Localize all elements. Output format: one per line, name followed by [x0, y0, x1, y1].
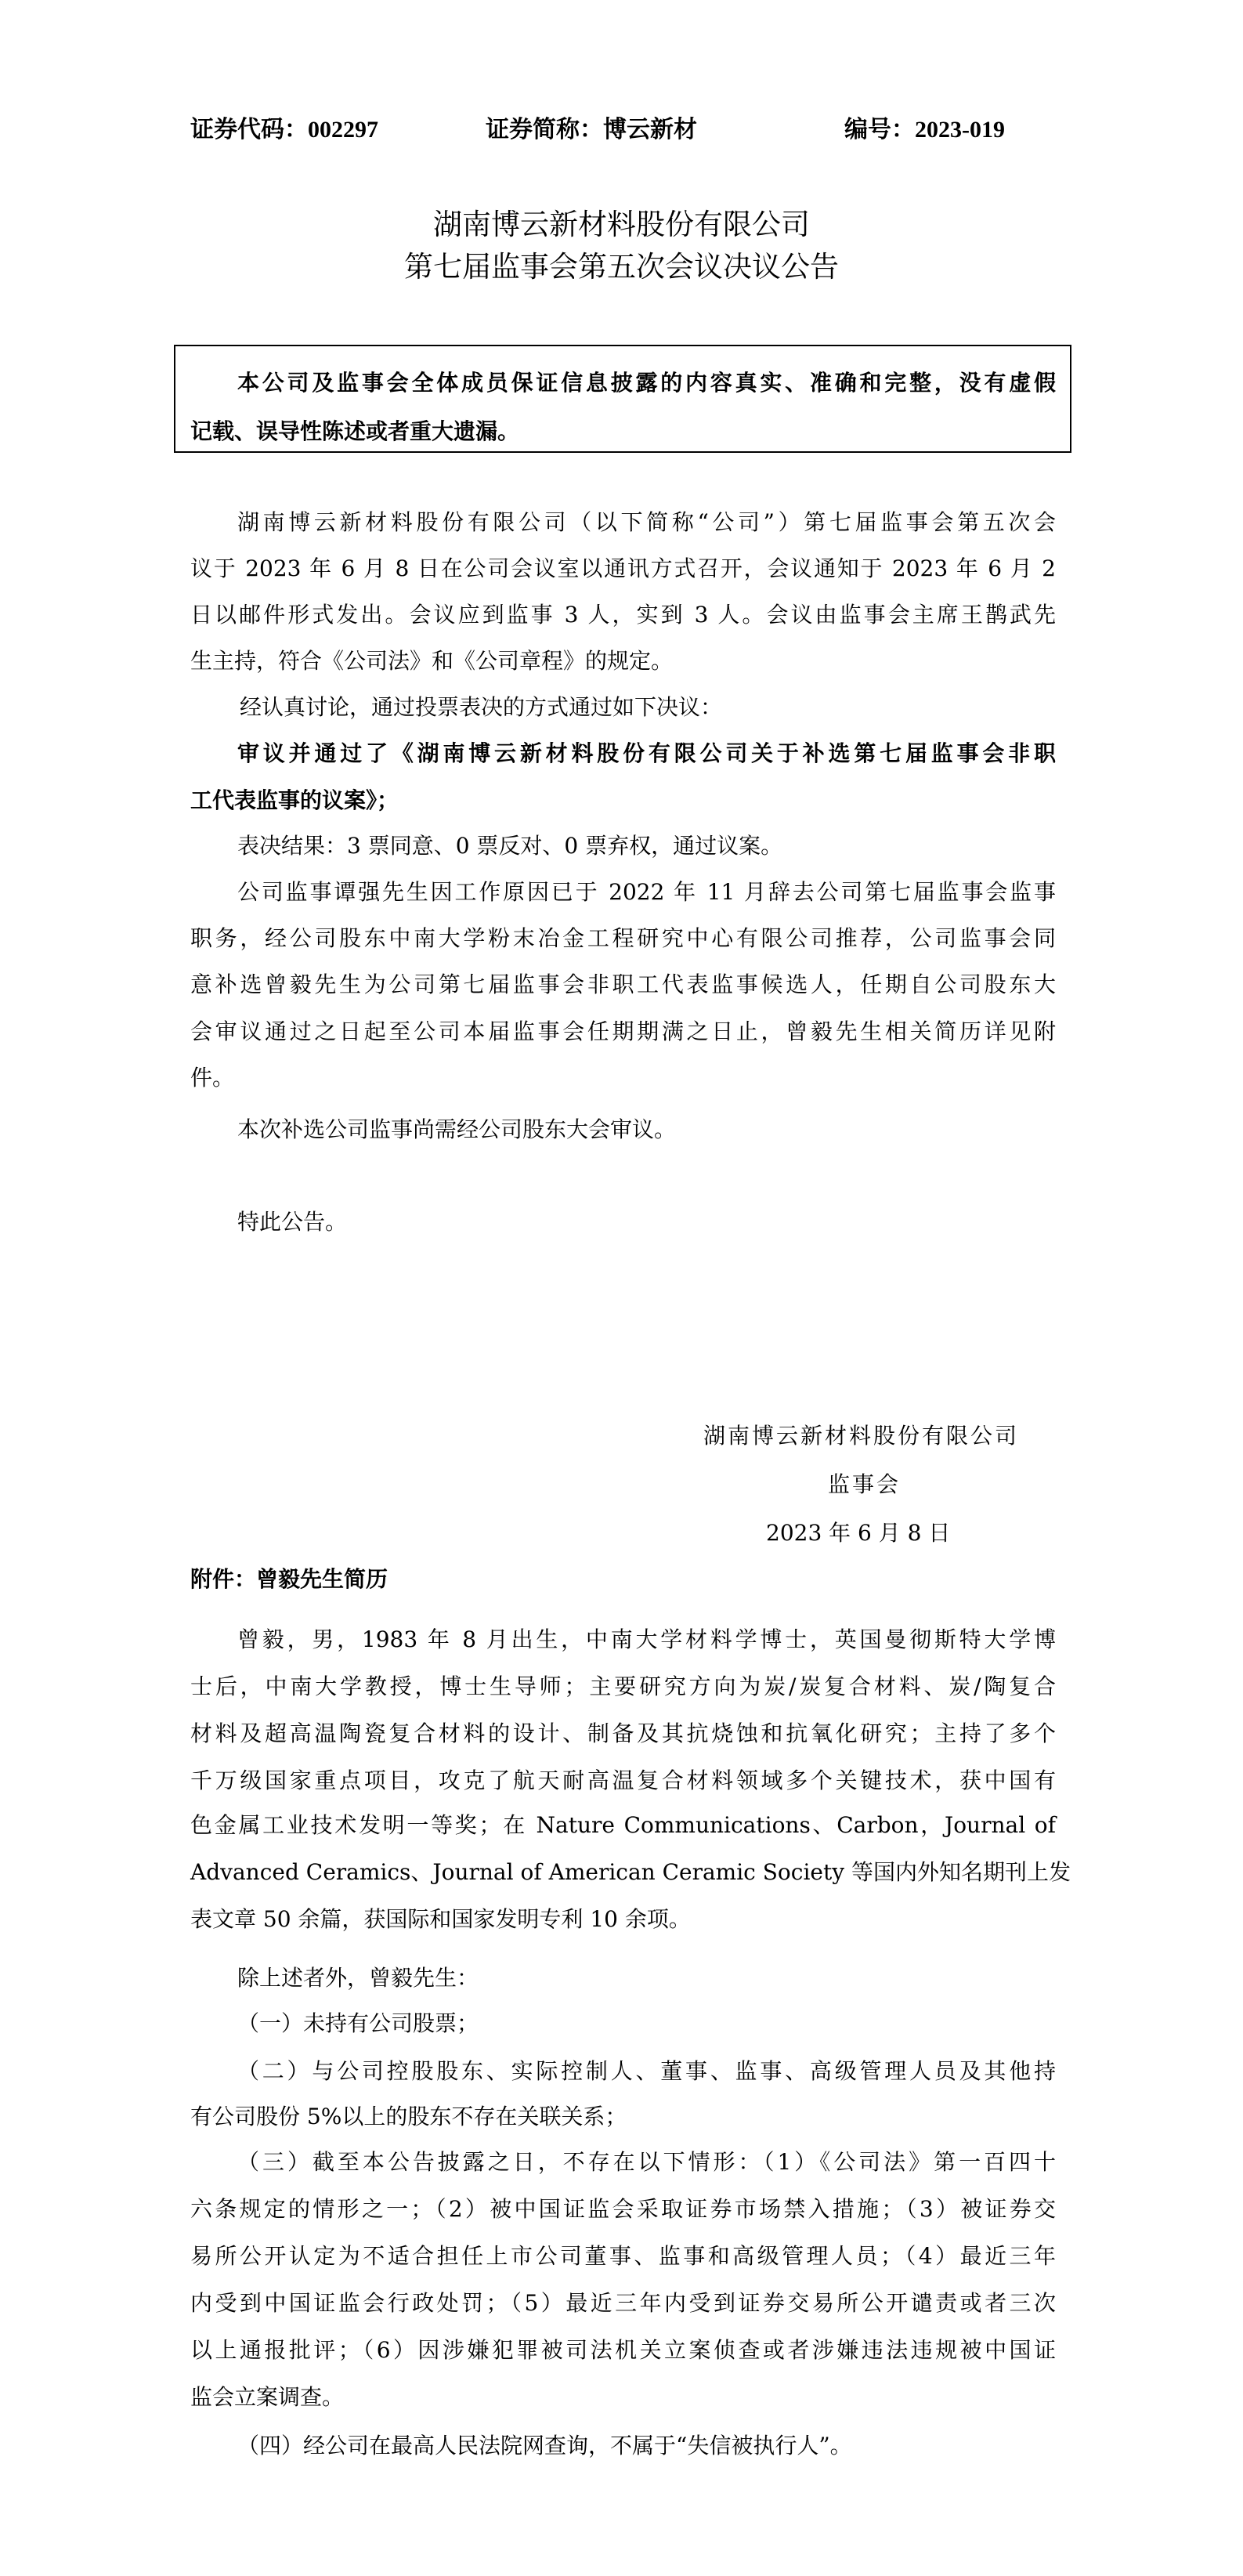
resolution-title-line-2: 工代表监事的议案》；	[190, 787, 399, 814]
signature-date: 2023 年 6 月 8 日	[766, 1520, 950, 1547]
item-3-line-5: 以上通报批评；（6）因涉嫌犯罪被司法机关立案侦查或者涉嫌违法违规被中国证	[190, 2337, 1056, 2364]
item-1: （一）未持有公司股票；	[237, 2010, 479, 2037]
resolution-title-line-1: 审议并通过了《湖南博云新材料股份有限公司关于补选第七届监事会非职	[237, 740, 1056, 767]
stock-code: 证券代码：002297	[190, 114, 378, 146]
stock-name-label: 证券简称：	[486, 116, 603, 143]
nomination-line-3: 意补选曾毅先生为公司第七届监事会非职工代表监事候选人，任期自公司股东大	[190, 971, 1056, 998]
nomination-line-4: 会审议通过之日起至公司本届监事会任期期满之日止，曾毅先生相关简历详见附	[190, 1018, 1056, 1045]
item-3-line-1: （三）截至本公告披露之日，不存在以下情形：（1）《公司法》第一百四十	[237, 2149, 1056, 2176]
stock-name: 证券简称：博云新材	[486, 114, 697, 146]
item-3-line-2: 六条规定的情形之一；（2）被中国证监会采取证券市场禁入措施；（3）被证券交	[190, 2196, 1056, 2223]
signature-board: 监事会	[828, 1471, 901, 1498]
resume-line-1: 曾毅，男，1983 年 8 月出生，中南大学材料学博士，英国曼彻斯特大学博	[237, 1626, 1056, 1653]
notice-line-1: 本公司及监事会全体成员保证信息披露的内容真实、准确和完整，没有虚假	[237, 370, 1056, 396]
meeting-paragraph-line-4: 生主持，符合《公司法》和《公司章程》的规定。	[190, 648, 673, 675]
item-4: （四）经公司在最高人民法院网查询，不属于“失信被执行人”。	[237, 2433, 852, 2459]
item-3-line-3: 易所公开认定为不适合担任上市公司董事、监事和高级管理人员；（4）最近三年	[190, 2243, 1056, 2270]
resume-line-3: 材料及超高温陶瓷复合材料的设计、制备及其抗烧蚀和抗氧化研究；主持了多个	[190, 1720, 1056, 1747]
discussion-line: 经认真讨论，通过投票表决的方式通过如下决议：	[240, 694, 722, 721]
resume-line-4: 千万级国家重点项目，攻克了航天耐高温复合材料领域多个关键技术，获中国有	[190, 1767, 1056, 1794]
resume-line-7: 表文章 50 余篇，获国际和国家发明专利 10 余项。	[190, 1906, 691, 1933]
resume-line-5: 色金属工业技术发明一等奖；在 Nature Communications、Car…	[190, 1812, 1056, 1839]
signature-company: 湖南博云新材料股份有限公司	[703, 1423, 1019, 1449]
nomination-line-1: 公司监事谭强先生因工作原因已于 2022 年 11 月辞去公司第七届监事会监事	[237, 879, 1056, 906]
announcement-number: 编号：2023-019	[844, 114, 1005, 146]
title-announcement: 第七届监事会第五次会议决议公告	[0, 249, 1243, 285]
resume-line-2: 士后，中南大学教授，博士生导师；主要研究方向为炭/炭复合材料、炭/陶复合	[190, 1673, 1056, 1700]
announcement-number-label: 编号：	[844, 116, 915, 143]
nomination-line-2: 职务，经公司股东中南大学粉末冶金工程研究中心有限公司推荐，公司监事会同	[190, 925, 1056, 952]
stock-name-value: 博云新材	[603, 117, 697, 143]
attachment-heading: 附件：曾毅先生简历	[190, 1566, 388, 1593]
item-2-line-2: 有公司股份 5%以上的股东不存在关联关系；	[190, 2104, 627, 2130]
meeting-paragraph-line-2: 议于 2023 年 6 月 8 日在公司会议室以通讯方式召开，会议通知于 202…	[190, 555, 1056, 582]
item-3-line-4: 内受到中国证监会行政处罚；（5）最近三年内受到证券交易所公开谴责或者三次	[190, 2290, 1056, 2317]
nomination-line-5: 件。	[190, 1065, 234, 1091]
approval-line: 本次补选公司监事尚需经公司股东大会审议。	[237, 1116, 676, 1143]
item-3-line-6: 监会立案调查。	[190, 2384, 344, 2411]
document-page: 证券代码：002297 证券简称：博云新材 编号：2023-019 湖南博云新材…	[0, 0, 1243, 2576]
besides-line: 除上述者外，曾毅先生：	[237, 1965, 479, 1992]
title-company: 湖南博云新材料股份有限公司	[0, 207, 1243, 243]
vote-result: 表决结果：3 票同意、0 票反对、0 票弃权，通过议案。	[237, 833, 782, 859]
meeting-paragraph-line-1: 湖南博云新材料股份有限公司（以下简称“公司”）第七届监事会第五次会	[237, 509, 1056, 536]
announcement-number-value: 2023-019	[915, 117, 1005, 143]
stock-code-label: 证券代码：	[190, 116, 308, 143]
resume-line-6: Advanced Ceramics、Journal of American Ce…	[190, 1859, 1056, 1886]
meeting-paragraph-line-3: 日以邮件形式发出。会议应到监事 3 人，实到 3 人。会议由监事会主席王鹊武先	[190, 602, 1056, 628]
stock-code-value: 002297	[308, 117, 378, 143]
closing-line: 特此公告。	[237, 1209, 347, 1236]
item-2-line-1: （二）与公司控股股东、实际控制人、董事、监事、高级管理人员及其他持	[237, 2058, 1056, 2085]
notice-line-2: 记载、误导性陈述或者重大遗漏。	[190, 418, 519, 445]
